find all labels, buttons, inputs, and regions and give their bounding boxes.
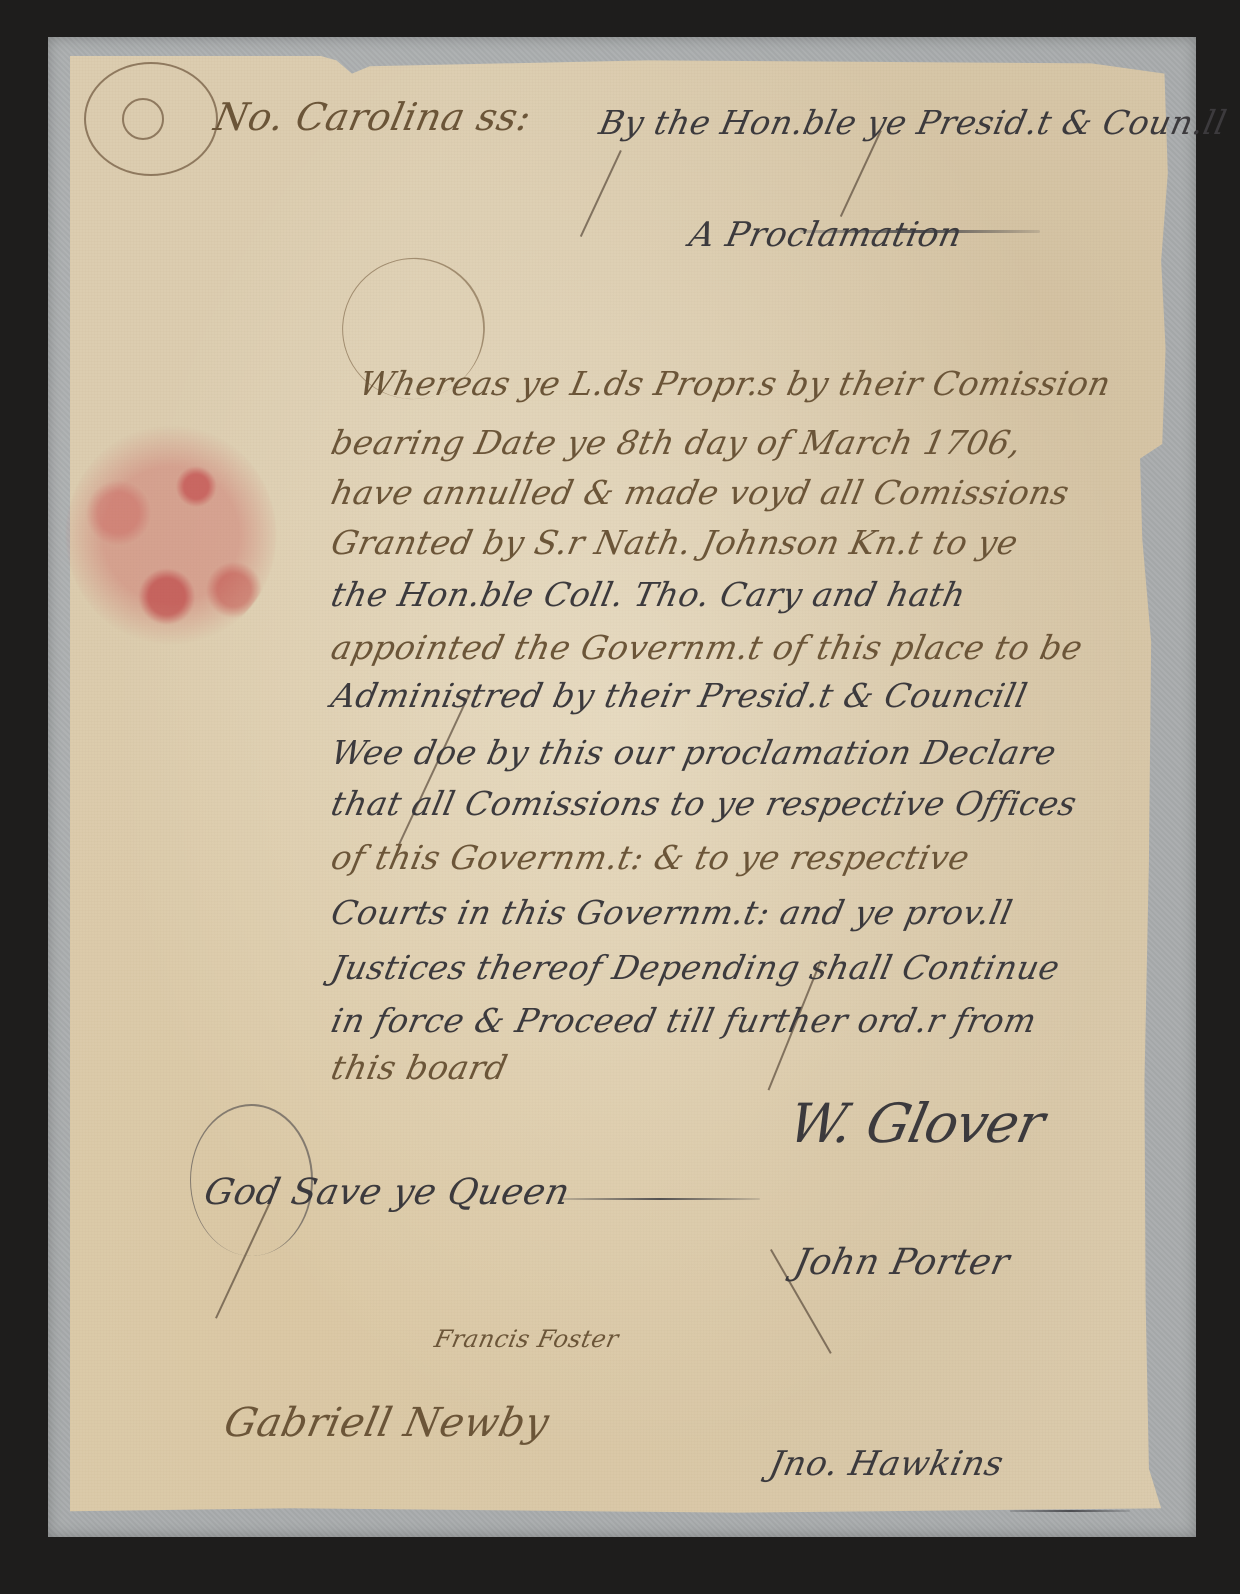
body-line: Courts in this Governm.t: and ye prov.ll xyxy=(328,893,1016,932)
signature-hawkins: Jno. Hawkins xyxy=(766,1444,1007,1484)
body-line: bearing Date ye 8th day of March 1706, xyxy=(328,423,1025,462)
hawkins-underline xyxy=(1010,1510,1130,1512)
body-line: the Hon.ble Coll. Tho. Cary and hath xyxy=(328,575,969,614)
body-line: Granted by S.r Nath. Johnson Kn.t to ye xyxy=(328,523,1022,562)
signature-porter: John Porter xyxy=(791,1242,1014,1283)
signature-newby: Gabriell Newby xyxy=(220,1400,553,1446)
body-line: Administred by their Presid.t & Councill xyxy=(328,676,1031,715)
body-line: appointed the Governm.t of this place to… xyxy=(328,628,1086,667)
signature-foster: Francis Foster xyxy=(432,1325,621,1353)
body-line: that all Comissions to ye respective Off… xyxy=(328,784,1081,823)
header-flourish-inner-icon xyxy=(122,98,164,140)
body-line: Wee doe by this our proclamation Declare xyxy=(328,733,1060,772)
signature-glover: W. Glover xyxy=(783,1092,1049,1155)
heading-place: No. Carolina ss: xyxy=(210,95,535,139)
closing-underline xyxy=(560,1198,760,1200)
proclamation-title: A Proclamation xyxy=(686,215,966,255)
title-underline xyxy=(800,230,1040,233)
body-line: Justices thereof Depending shall Continu… xyxy=(328,948,1064,987)
body-line: Whereas ye L.ds Propr.s by their Comissi… xyxy=(356,364,1115,403)
body-line: have annulled & made voyd all Comissions xyxy=(328,473,1073,512)
body-line: in force & Proceed till further ord.r fr… xyxy=(328,1001,1040,1040)
body-line: of this Governm.t: & to ye respective xyxy=(328,838,973,877)
body-line: this board xyxy=(328,1048,511,1087)
red-seal-icon xyxy=(66,425,276,645)
closing-god-save-queen: God Save ye Queen xyxy=(201,1172,574,1213)
heading-authority: By the Hon.ble ye Presid.t & Coun.ll xyxy=(596,103,1230,142)
